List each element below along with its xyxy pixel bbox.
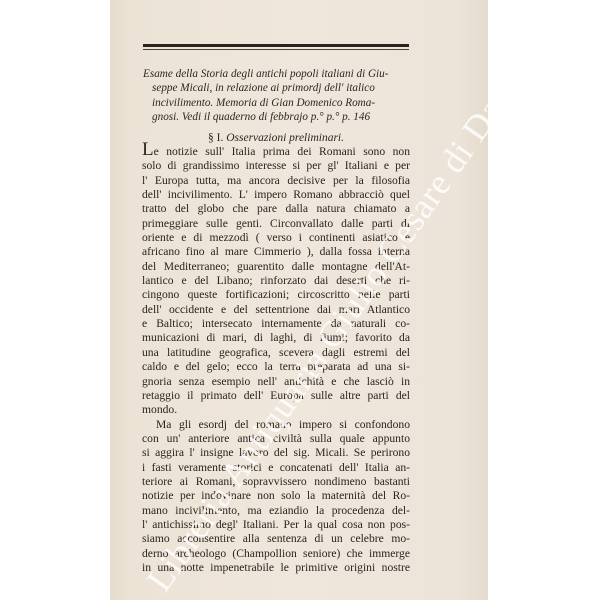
body-line: i fasti veramente storici e concatenati … [142,461,410,475]
body-line: cingono queste fortificazioni; circoscri… [142,288,410,302]
body-line: primeggiare sulle genti. Circonvallato d… [142,217,410,231]
body-line: oriente e di mezzodì ( verso i continent… [142,231,410,245]
section-title: § I. Osservazioni preliminari. [143,132,409,144]
body-line: l' antichissimo degl' Italiani. Per la q… [142,518,410,532]
body-line: caldo e del gelo; ecco la terra preparat… [142,360,410,374]
body-line: retaggio il primato dell' Europa sulle a… [142,389,410,403]
body-line: teriore ai Romani, sopravvissero nondime… [142,475,410,489]
body-text: Le notizie sull' Italia prima dei Romani… [142,145,410,575]
section-number: § I. [208,132,223,144]
body-line: dell' occidente e del settentrione dai m… [142,303,410,317]
body-line: una latitudine geografica, scevera dagli… [142,346,410,360]
header-rule [143,44,409,50]
body-line: municazioni di mari, di laghi, di fiumi;… [142,331,410,345]
body-line: siamo acconsentire alla sentenza di un c… [142,532,410,546]
body-line: africano fino al mare Cimmerio ), dalla … [142,245,410,259]
body-line: tratto del globo che pare dalla natura c… [142,202,410,216]
book-page: Esame della Storia degli antichi popoli … [110,0,488,600]
body-line: notizie per indovinare non solo la mater… [142,489,410,503]
heading-line: seppe Micali, in relazione ai primordj d… [143,81,409,95]
body-line: e Baltico; intersecato internamente da n… [142,317,410,331]
section-label: Osservazioni preliminari. [226,132,344,144]
body-line: lantico e del Libano; rinforzato dai des… [142,274,410,288]
body-line: mano incivilimento, ma eziandio la proce… [142,504,410,518]
heading-line: gnosi. Vedi il quaderno di febbrajo p.° … [143,110,409,124]
article-heading: Esame della Storia degli antichi popoli … [143,67,409,124]
body-line: con un' anteriore antica civiltà sulla q… [142,432,410,446]
body-line: dell' incivilimento. L' impero Romano ab… [142,188,410,202]
drop-cap: L [142,139,154,160]
body-line: in una notte impenetrabile le primitive … [142,561,410,575]
body-line: del Mediterraneo; guarentito dalle monta… [142,260,410,274]
body-line: solo di grandissimo interesse si per gl'… [142,159,410,173]
body-line: l' Europa tutta, ma ancora decisive per … [142,174,410,188]
body-line: Ma gli esordj del romano impero si confo… [142,418,410,432]
heading-line: Esame della Storia degli antichi popoli … [143,67,409,81]
body-line: mondo. [142,403,410,417]
body-line: Le notizie sull' Italia prima dei Romani… [142,145,410,159]
body-line: gnoria senza esempio nell' antichità e c… [142,375,410,389]
body-line: derno archeologo (Champollion seniore) c… [142,547,410,561]
body-line: si aggira l' insigne lavoro del sig. Mic… [142,446,410,460]
heading-line: incivilimento. Memoria di Gian Domenico … [143,96,409,110]
